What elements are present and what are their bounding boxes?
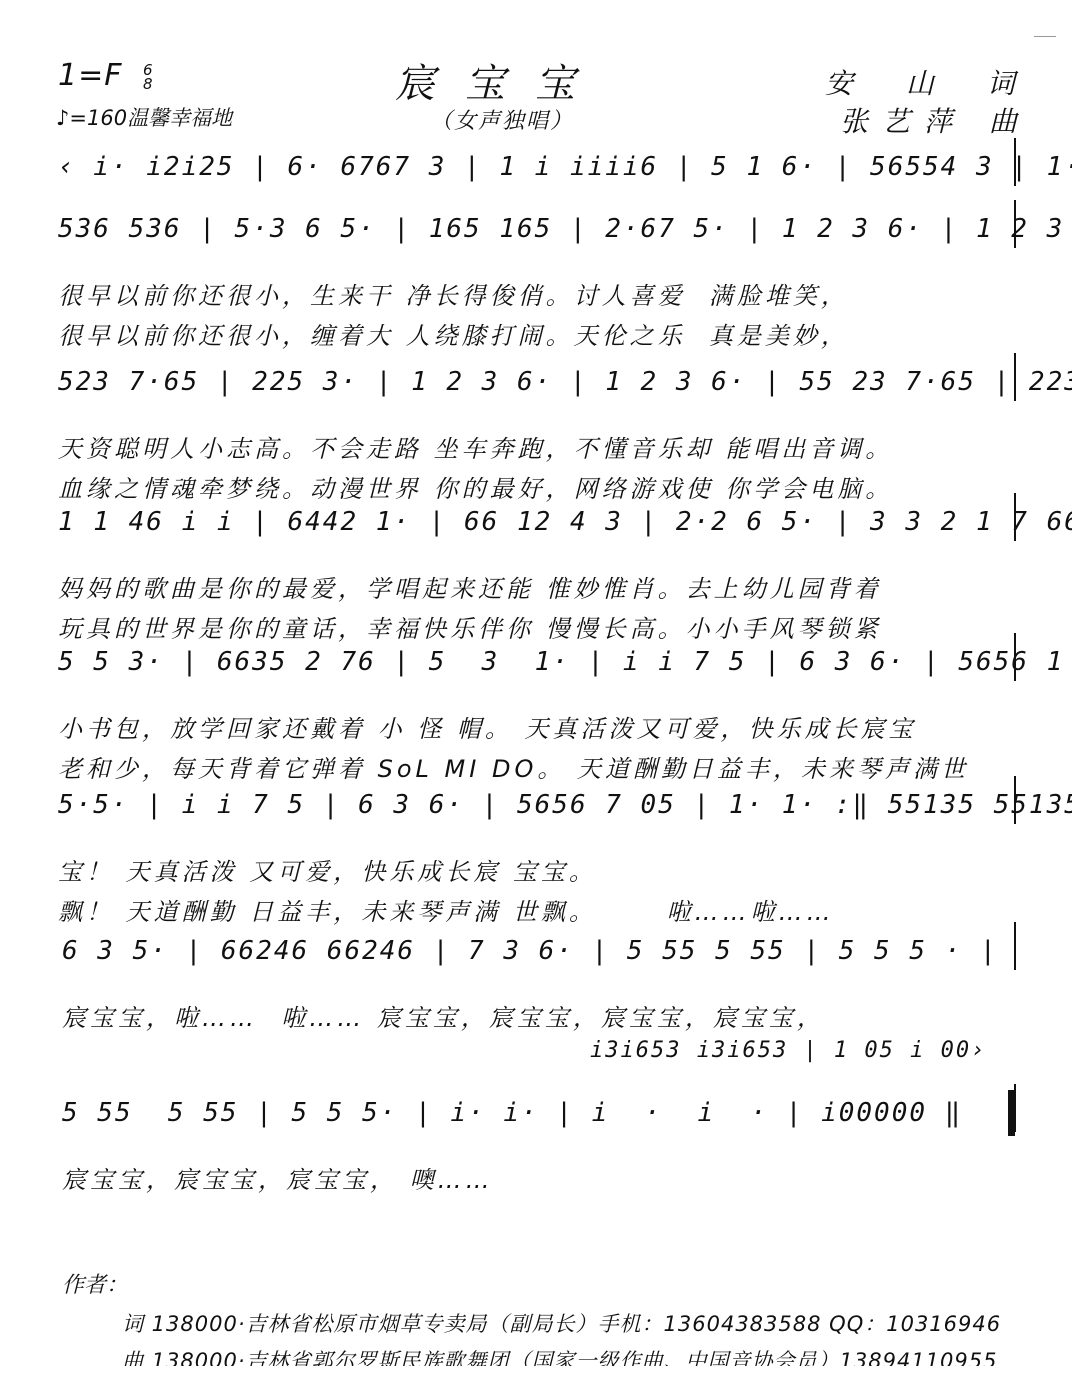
lyric-line-1: 天资聪明人小志高。不会走路 坐车奔跑，不懂音乐却 能唱出音调。 [58, 429, 893, 464]
lyric-line-2: 飘！ 天道酬勤 日益丰，未来琴声满 世飘。 啦……啦…… [58, 892, 835, 927]
notation-row: 536 536 | 5·3 6 5· | 165 165 | 2·67 5· |… [58, 214, 1072, 244]
barline [1014, 353, 1016, 401]
key-signature: 1=F 6 8 [58, 58, 154, 93]
notation-row: ‹ i· i2i25 | 6· 6767 3 | 1 i iiii6 | 5 1… [58, 152, 1072, 182]
time-signature-bottom: 8 [143, 77, 154, 91]
notation-row: 5 5 3· | 6635 2 76 | 5 3 1· | i i 7 5 | … [58, 647, 1072, 677]
barline [1014, 138, 1016, 186]
lyric-line-2: 玩具的世界是你的童话，幸福快乐伴你 慢慢长高。小小手风琴锁紧 [58, 609, 882, 644]
authors-label: 作者： [62, 1268, 128, 1299]
final-barline [1008, 1090, 1015, 1136]
lyricist-credit: 安 山 词 [825, 62, 1037, 102]
lyric-line-2: 老和少，每天背着它弹着 SoL MI DO。 天道酬勤日益丰，未来琴声满世 [58, 749, 969, 784]
scan-corner-mark [1034, 36, 1056, 37]
barline [1014, 633, 1016, 681]
key-label: 1=F [58, 58, 122, 93]
barline [1014, 493, 1016, 541]
lyric-line-1: 很早以前你还很小，生来干 净长得俊俏。讨人喜爱 满脸堆笑， [58, 276, 849, 311]
lyric-line-1: 宝！ 天真活泼 又可爱，快乐成长宸 宝宝。 [58, 852, 597, 887]
song-subtitle: （女声独唱） [430, 104, 574, 135]
tempo-marking: ♪=160温馨幸福地 [56, 102, 232, 132]
barline [1014, 776, 1016, 824]
barline [1014, 200, 1016, 248]
accompaniment-notation-row: i3i653 i3i653 | 1 05 i 00› [590, 1038, 986, 1063]
composer-credit: 张艺萍 曲 [840, 100, 1031, 140]
lyric-line-2: 很早以前你还很小，缠着大 人绕膝打闹。天伦之乐 真是美妙， [58, 316, 849, 351]
lyric-line-1: 宸宝宝，宸宝宝，宸宝宝， 噢…… [62, 1160, 494, 1195]
song-title: 宸宝宝 [395, 52, 605, 109]
lyric-line-1: 小书包，放学回家还戴着 小 怪 帽。 天真活泼又可爱，快乐成长宸宝 [58, 709, 917, 744]
lyricist-contact: 词 138000·吉林省松原市烟草专卖局（副局长）手机：13604383588 … [122, 1308, 1001, 1338]
lyric-line-2: 血缘之情魂牵梦绕。动漫世界 你的最好，网络游戏使 你学会电脑。 [58, 469, 893, 504]
composer-contact: 曲 138000·吉林省郭尔罗斯民族歌舞团（国家一级作曲、中国音协会员）1389… [122, 1345, 997, 1375]
notation-row: 6 3 5· | 66246 66246 | 7 3 6· | 5 55 5 5… [62, 936, 998, 966]
notation-row: 5 55 5 55 | 5 5 5· | i· i· | i · i · | i… [62, 1098, 962, 1128]
notation-row: 5·5· | i i 7 5 | 6 3 6· | 5656 7 05 | 1·… [58, 790, 1072, 820]
notation-row: 1 1 46 i i | 6442 1· | 66 12 4 3 | 2·2 6… [58, 507, 1072, 537]
lyric-line-1: 宸宝宝，啦…… 啦…… 宸宝宝，宸宝宝，宸宝宝，宸宝宝， [62, 998, 825, 1033]
time-signature: 6 8 [143, 63, 154, 91]
lyric-line-1: 妈妈的歌曲是你的最爱，学唱起来还能 惟妙惟肖。去上幼儿园背着 [58, 569, 882, 604]
notation-row: 523 7·65 | 225 3· | 1 2 3 6· | 1 2 3 6· … [58, 367, 1072, 397]
barline [1014, 922, 1016, 970]
